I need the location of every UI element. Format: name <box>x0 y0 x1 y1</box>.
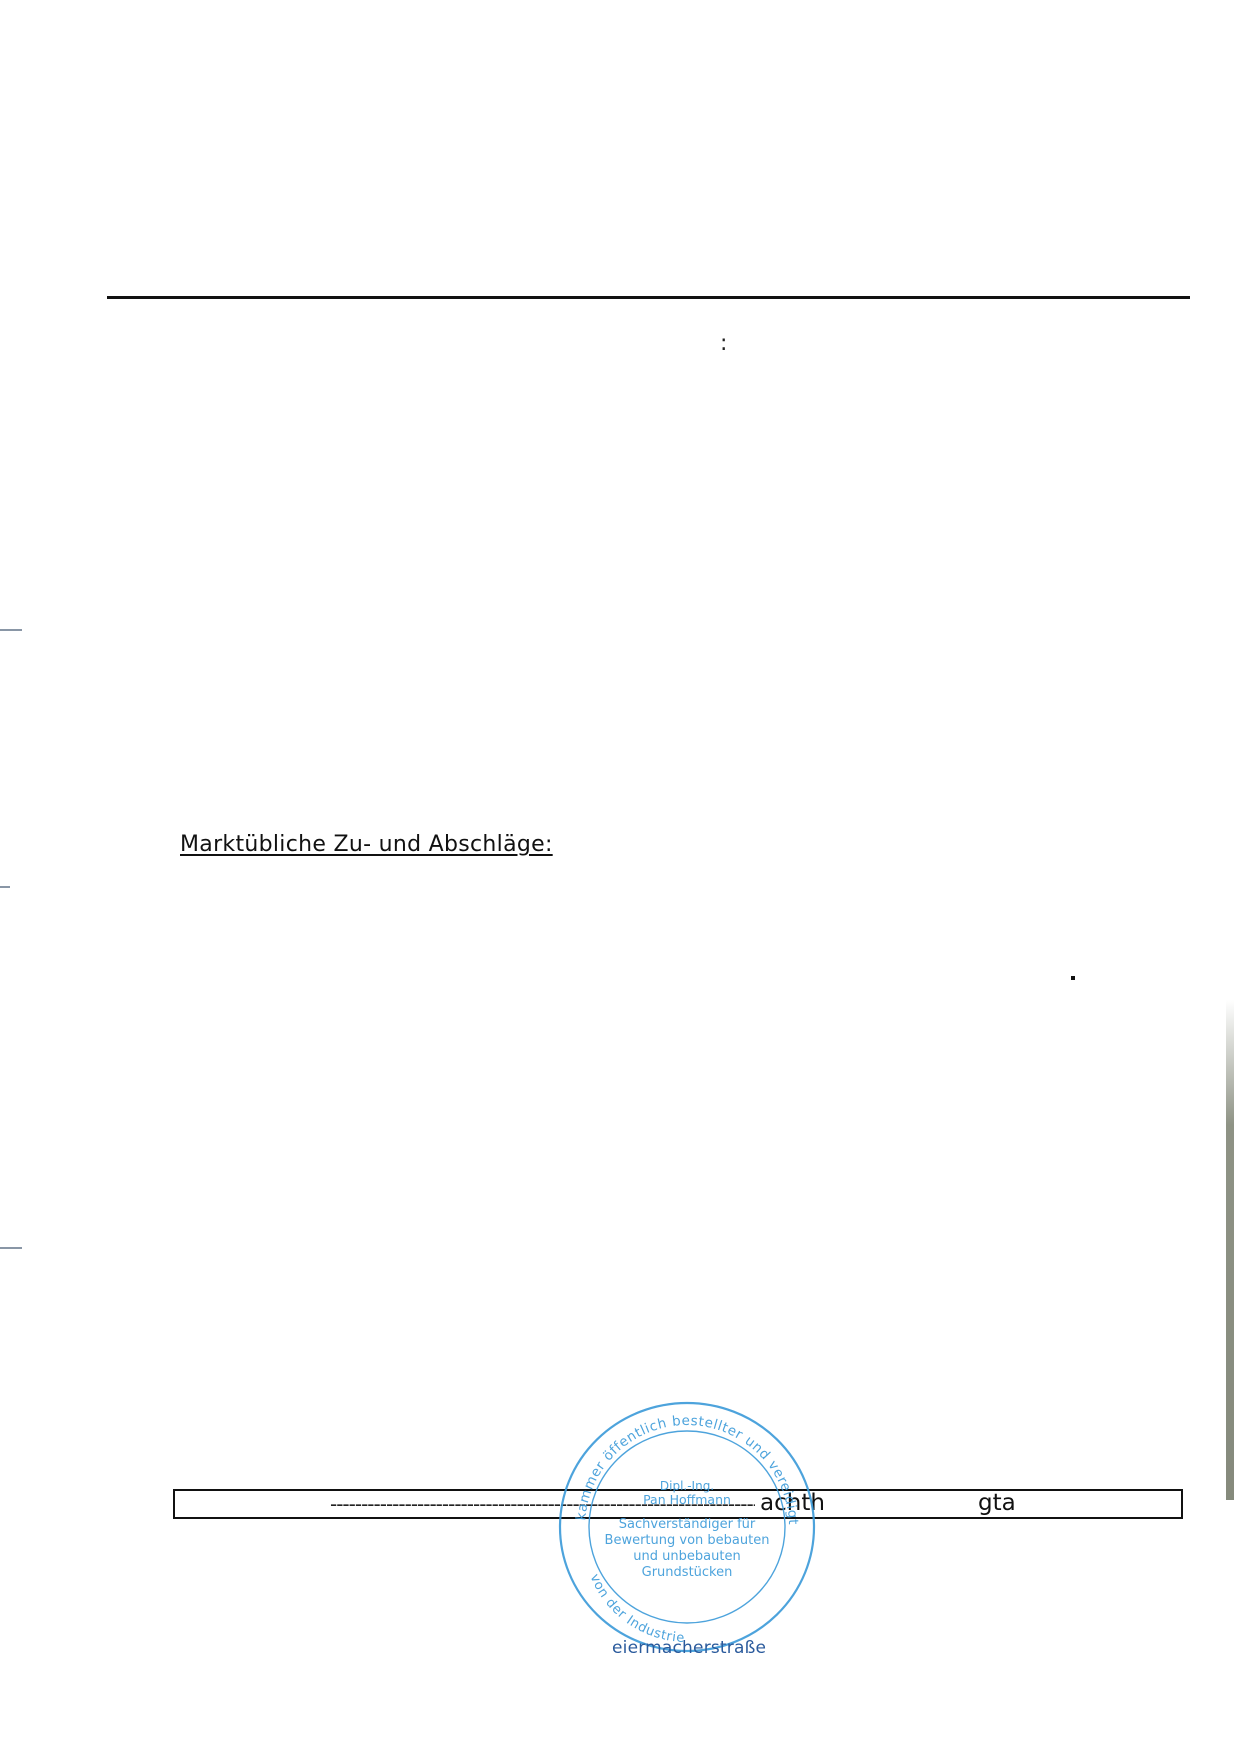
official-stamp: kammer öffentlich bestellter und vereidi… <box>555 1398 819 1656</box>
header-rule <box>107 296 1190 299</box>
svg-text:Grundstücken: Grundstücken <box>642 1565 733 1580</box>
section-heading: Marktübliche Zu- und Abschläge: <box>180 830 553 860</box>
stamp-address: eiermacherstraße <box>612 1637 766 1659</box>
field-text-fragment: achth <box>760 1490 825 1516</box>
field-text-fragment: gta <box>978 1490 1016 1516</box>
svg-text:und unbebauten: und unbebauten <box>633 1549 740 1564</box>
scan-edge-shadow <box>1226 1000 1234 1500</box>
stamp-seal-icon: kammer öffentlich bestellter und vereidi… <box>555 1398 819 1656</box>
margin-mark <box>0 886 10 888</box>
stray-dot <box>1071 976 1075 980</box>
margin-mark <box>0 1247 22 1249</box>
margin-mark <box>0 629 22 631</box>
colon-mark: : <box>720 332 727 356</box>
document-page: : Marktübliche Zu- und Abschläge: ------… <box>0 0 1240 1754</box>
svg-text:von der Industrie: von der Industrie <box>587 1572 686 1646</box>
signature-dashes: ----------------------------------------… <box>330 1492 755 1516</box>
svg-text:Sachverständiger für: Sachverständiger für <box>619 1517 756 1532</box>
svg-text:Bewertung von bebauten: Bewertung von bebauten <box>605 1533 770 1548</box>
